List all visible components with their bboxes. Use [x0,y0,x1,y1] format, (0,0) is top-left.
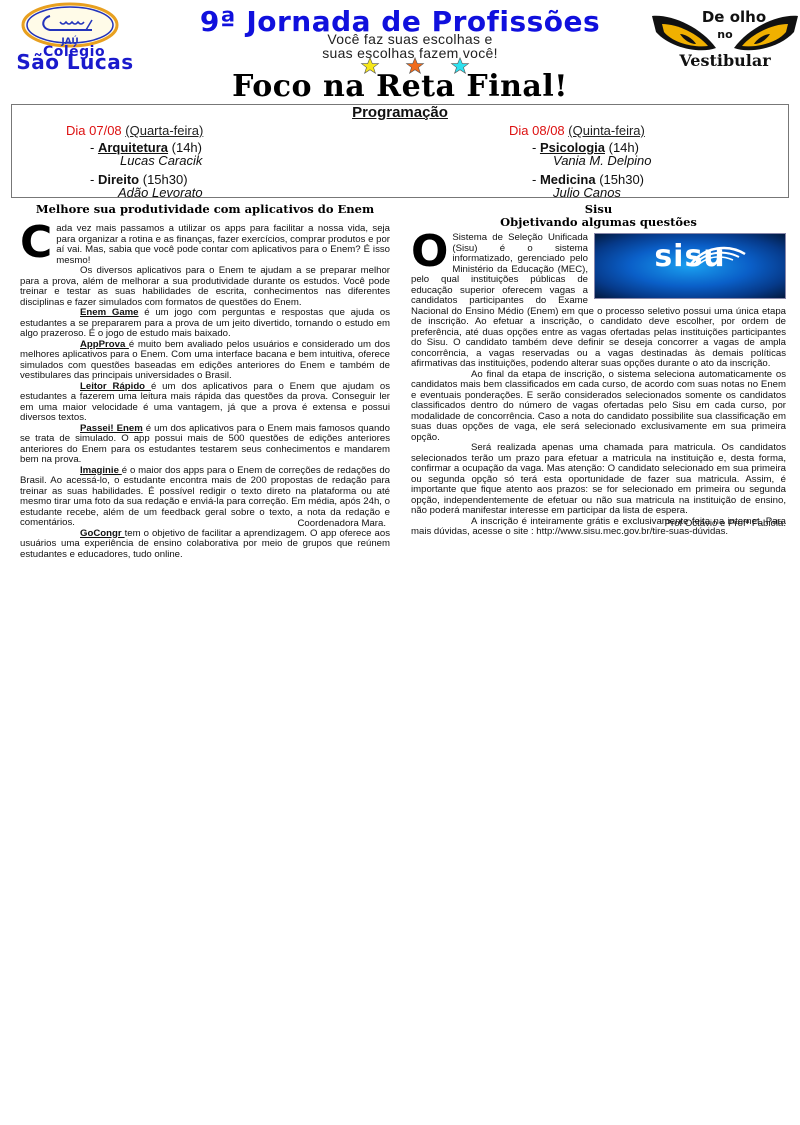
article-apps-body: Cada vez mais passamos a utilizar os app… [20,224,390,560]
signature-coordenadora: Coordenadora Mara. [200,518,386,529]
article-apps-intro: Cada vez mais passamos a utilizar os app… [20,224,390,266]
programacao-title: Programação [12,105,788,121]
article-sisu-paragraph: Será realizada apenas uma chamada para m… [411,443,786,517]
day-2-item-2-speaker: Julio Canos [553,186,621,200]
svg-text:De olho: De olho [702,8,766,26]
article-apps-paragraph: Os diversos aplicativos para o Enem te a… [20,266,390,308]
day-1-item-1-speaker: Lucas Caracik [120,154,202,168]
day-2-weekday: (Quinta-feira) [568,123,645,138]
article-sisu-paragraph: Ao final da etapa de inscrição, o sistem… [411,370,786,444]
svg-text:Vestibular: Vestibular [678,51,771,70]
article-sisu-body: sisu OSistema de Seleção Unificada (Sisu… [411,233,786,538]
dropcap-letter: C [20,225,52,261]
main-headline: Foco na Reta Final! [140,70,660,104]
app-entry: GoCongr tem o objetivo de facilitar a ap… [20,529,390,561]
day-1-item-2-speaker: Adão Levorato [118,186,203,200]
app-name: Enem Game [80,307,139,318]
article-apps-enem: Melhore sua produtividade com aplicativo… [20,203,390,560]
day-1-date: Dia 07/08 [66,123,122,138]
app-name: Passei! Enem [80,423,143,434]
day-2-date: Dia 08/08 [509,123,565,138]
app-entry: Enem Game é um jogo com perguntas e resp… [20,308,390,340]
slogan-line-1: Você faz suas escolhas e [280,32,540,46]
article-sisu-title-line-2: Objetivando algumas questões [411,216,786,229]
colegio-sao-lucas-logo: JAÚ [20,2,120,48]
dropcap-letter: O [411,234,448,270]
programacao-box: Programação Dia 07/08 (Quarta-feira) - A… [11,104,789,198]
app-entry: Passei! Enem é um dos aplicativos para o… [20,424,390,466]
article-apps-title: Melhore sua produtividade com aplicativo… [20,203,390,216]
sisu-image-label: sisu [595,252,785,263]
app-entry: Leitor Rápido é um dos aplicativos para … [20,382,390,424]
svg-text:no: no [717,28,733,41]
day-2-item-1-speaker: Vania M. Delpino [553,154,652,168]
slogan: Você faz suas escolhas e suas escolhas f… [280,32,540,60]
sisu-logo-image: sisu [594,233,786,299]
school-label-big: São Lucas [0,52,150,72]
app-name: Imaginie [80,465,122,476]
app-name: AppProva [80,339,129,350]
app-entry: AppProva é muito bem avaliado pelos usuá… [20,340,390,382]
app-name: Leitor Rápido [80,381,151,392]
de-olho-no-vestibular-logo: De olho no Vestibular [650,4,800,70]
article-sisu: Sisu Objetivando algumas questões sisu O… [411,203,786,538]
school-emblem-icon: JAÚ [20,2,120,48]
signature-professores: Prof Octávio e Profª Fabiola. [560,518,786,529]
day-1-weekday: (Quarta-feira) [125,123,203,138]
day-1-header: Dia 07/08 (Quarta-feira) [66,123,203,138]
app-name: GoCongr [80,528,125,539]
eyes-logo-icon: De olho no Vestibular [650,4,800,70]
day-2-header: Dia 08/08 (Quinta-feira) [509,123,645,138]
